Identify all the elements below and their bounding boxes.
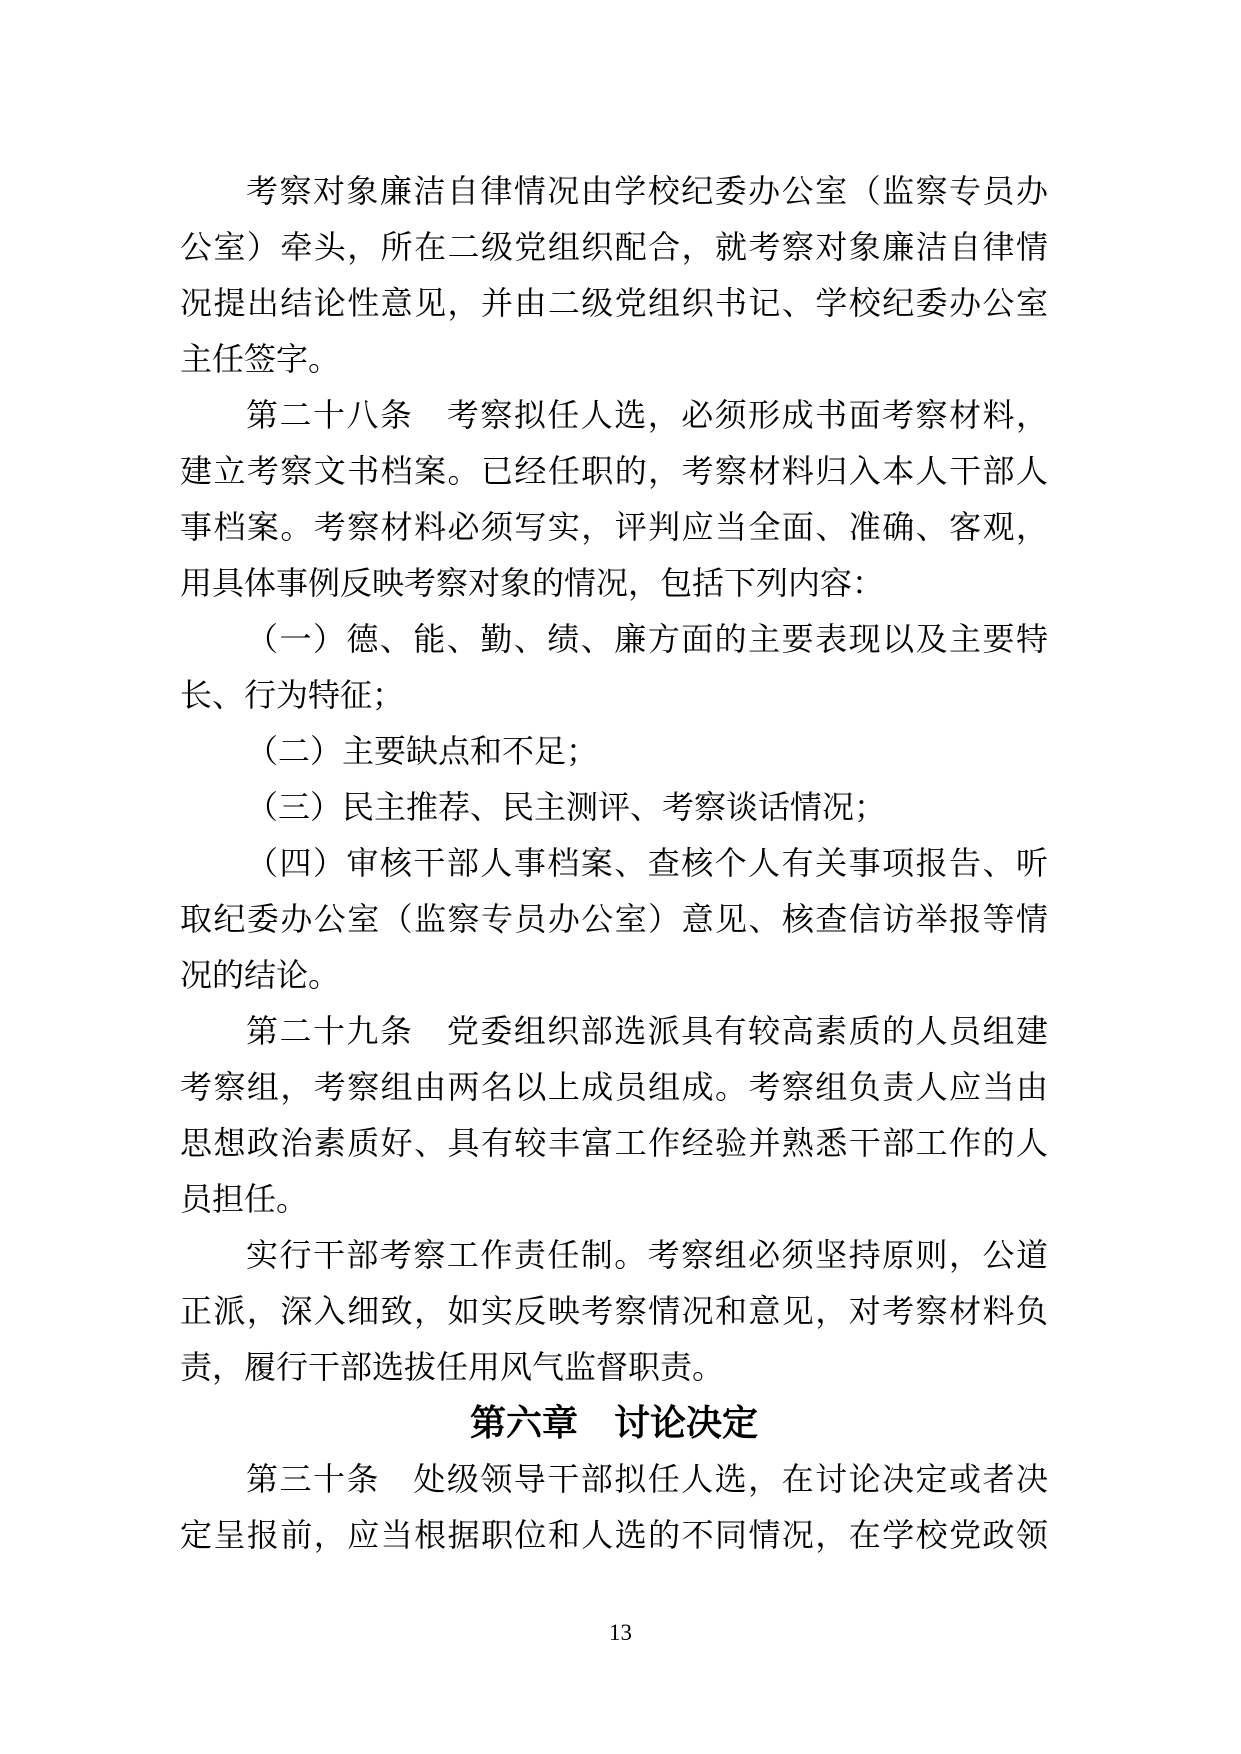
text-line: 长、行为特征； <box>180 667 1048 723</box>
text-line: 事档案。考察材料必须写实，评判应当全面、准确、客观， <box>180 499 1048 555</box>
text-line: 实行干部考察工作责任制。考察组必须坚持原则，公道 <box>180 1227 1048 1283</box>
text-line: 定呈报前，应当根据职位和人选的不同情况，在学校党政领 <box>180 1507 1048 1563</box>
text-line: （三）民主推荐、民主测评、考察谈话情况； <box>180 779 1048 835</box>
document-page: 考察对象廉洁自律情况由学校纪委办公室（监察专员办 公室）牵头，所在二级党组织配合… <box>0 0 1241 1754</box>
text-line: 第三十条 处级领导干部拟任人选，在讨论决定或者决 <box>180 1451 1048 1507</box>
text-line: 用具体事例反映考察对象的情况，包括下列内容： <box>180 555 1048 611</box>
text-line: （二）主要缺点和不足； <box>180 723 1048 779</box>
text-line: 考察对象廉洁自律情况由学校纪委办公室（监察专员办 <box>180 163 1048 219</box>
text-line: 况提出结论性意见，并由二级党组织书记、学校纪委办公室 <box>180 275 1048 331</box>
text-line: 正派，深入细致，如实反映考察情况和意见，对考察材料负 <box>180 1283 1048 1339</box>
text-line: 责，履行干部选拔任用风气监督职责。 <box>180 1339 1048 1395</box>
text-line: 取纪委办公室（监察专员办公室）意见、核查信访举报等情 <box>180 891 1048 947</box>
text-line: （四）审核干部人事档案、查核个人有关事项报告、听 <box>180 835 1048 891</box>
chapter-heading: 第六章 讨论决定 <box>180 1395 1048 1451</box>
text-line: 建立考察文书档案。已经任职的，考察材料归入本人干部人 <box>180 443 1048 499</box>
text-line: 公室）牵头，所在二级党组织配合，就考察对象廉洁自律情 <box>180 219 1048 275</box>
text-line: 第二十九条 党委组织部选派具有较高素质的人员组建 <box>180 1003 1048 1059</box>
document-body: 考察对象廉洁自律情况由学校纪委办公室（监察专员办 公室）牵头，所在二级党组织配合… <box>180 163 1048 1563</box>
text-line: 主任签字。 <box>180 331 1048 387</box>
text-line: （一）德、能、勤、绩、廉方面的主要表现以及主要特 <box>180 611 1048 667</box>
text-line: 思想政治素质好、具有较丰富工作经验并熟悉干部工作的人 <box>180 1115 1048 1171</box>
text-line: 第二十八条 考察拟任人选，必须形成书面考察材料， <box>180 387 1048 443</box>
page-number: 13 <box>0 1620 1241 1646</box>
text-line: 考察组，考察组由两名以上成员组成。考察组负责人应当由 <box>180 1059 1048 1115</box>
text-line: 况的结论。 <box>180 947 1048 1003</box>
text-line: 员担任。 <box>180 1171 1048 1227</box>
